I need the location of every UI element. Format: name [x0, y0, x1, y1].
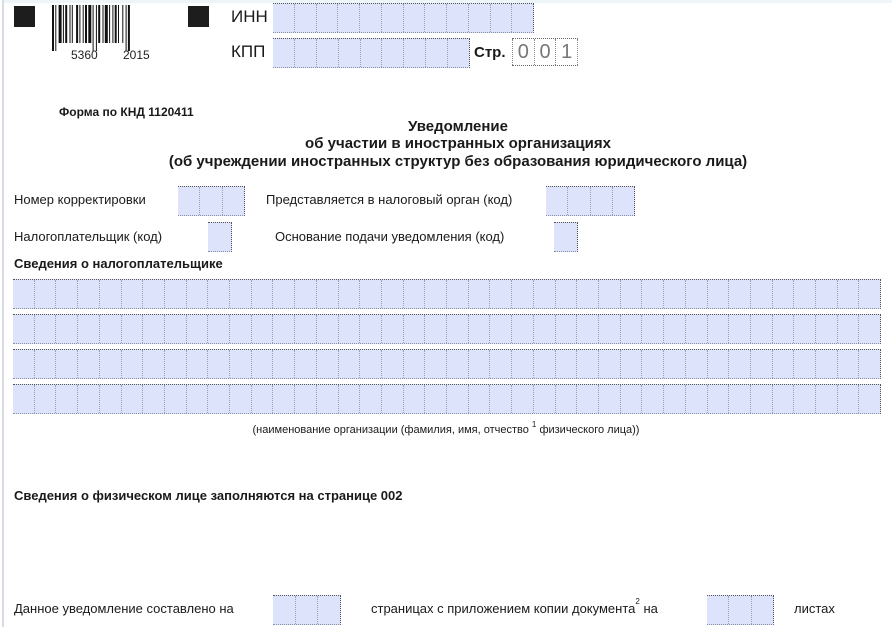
field-cell[interactable]: [359, 280, 381, 308]
field-cell[interactable]: [468, 315, 490, 343]
form-subtitle-note: (об учреждении иностранных структур без …: [0, 153, 892, 170]
field-cell[interactable]: [772, 315, 794, 343]
field-cell[interactable]: [858, 315, 880, 343]
field-cell[interactable]: [55, 350, 77, 378]
footer-text-pages: Данное уведомление составлено на: [14, 601, 234, 616]
field-cell[interactable]: [663, 280, 685, 308]
footer-text-attachment: страницах с приложением копии документа2…: [371, 601, 658, 616]
field-cell[interactable]: [77, 385, 99, 413]
page-number-field: 001: [512, 38, 578, 66]
field-cell[interactable]: [251, 350, 273, 378]
field-cell[interactable]: [251, 385, 273, 413]
field-cell[interactable]: [403, 280, 425, 308]
field-cell[interactable]: [316, 385, 338, 413]
field-cell[interactable]: [620, 280, 642, 308]
field-cell[interactable]: [546, 187, 567, 215]
field-cell[interactable]: [468, 4, 490, 32]
field-cell[interactable]: [815, 315, 837, 343]
taxpayer-code-label: Налогоплательщик (код): [14, 229, 162, 244]
field-cell[interactable]: [294, 4, 316, 32]
field-cell[interactable]: [750, 315, 772, 343]
field-cell[interactable]: [186, 315, 208, 343]
taxpayer-section-title: Сведения о налогоплательщике: [14, 256, 223, 271]
taxpayer-name-row[interactable]: [13, 349, 881, 379]
field-cell[interactable]: [121, 385, 143, 413]
field-cell[interactable]: [728, 280, 750, 308]
field-cell[interactable]: [728, 350, 750, 378]
caption-text-end: физического лица)): [539, 424, 639, 436]
field-cell[interactable]: [837, 350, 859, 378]
field-cell[interactable]: [446, 385, 468, 413]
alignment-marker-left: [14, 6, 35, 27]
field-cell[interactable]: [511, 4, 533, 32]
field-cell[interactable]: [34, 280, 56, 308]
field-cell[interactable]: [511, 385, 533, 413]
field-cell[interactable]: [229, 280, 251, 308]
field-cell[interactable]: [338, 39, 360, 67]
field-cell[interactable]: [34, 350, 56, 378]
tax-authority-label: Представляется в налоговый орган (код): [266, 192, 512, 207]
field-cell[interactable]: [164, 385, 186, 413]
page-digit: 0: [534, 39, 556, 65]
barcode-number-left: 5360: [71, 48, 98, 62]
field-cell[interactable]: [338, 280, 360, 308]
field-cell[interactable]: [447, 39, 469, 67]
field-cell[interactable]: [186, 385, 208, 413]
form-subtitle: об участии в иностранных организациях: [0, 135, 892, 152]
field-cell[interactable]: [598, 280, 620, 308]
basis-code-field[interactable]: [554, 222, 578, 252]
field-cell[interactable]: [772, 385, 794, 413]
footer-text-sheets: листах: [794, 601, 835, 616]
field-cell[interactable]: [142, 315, 164, 343]
field-cell[interactable]: [207, 350, 229, 378]
field-cell[interactable]: [750, 350, 772, 378]
taxpayer-name-row[interactable]: [13, 384, 881, 414]
field-cell[interactable]: [533, 315, 555, 343]
field-cell[interactable]: [424, 385, 446, 413]
field-cell[interactable]: [294, 39, 316, 67]
field-cell[interactable]: [229, 385, 251, 413]
field-cell[interactable]: [620, 315, 642, 343]
form-knd-code: Форма по КНД 1120411: [59, 105, 194, 119]
field-cell[interactable]: [273, 39, 294, 67]
field-cell[interactable]: [272, 280, 294, 308]
field-cell[interactable]: [612, 187, 634, 215]
field-cell[interactable]: [34, 385, 56, 413]
field-cell[interactable]: [403, 350, 425, 378]
field-cell[interactable]: [728, 596, 750, 624]
pages-count-field[interactable]: [273, 595, 341, 625]
field-cell[interactable]: [13, 315, 34, 343]
on-text: на: [643, 601, 657, 616]
field-cell[interactable]: [424, 350, 446, 378]
field-cell[interactable]: [815, 385, 837, 413]
field-cell[interactable]: [55, 385, 77, 413]
field-cell[interactable]: [381, 4, 403, 32]
field-cell[interactable]: [641, 280, 663, 308]
field-cell[interactable]: [294, 315, 316, 343]
field-cell[interactable]: [294, 385, 316, 413]
field-cell[interactable]: [590, 187, 612, 215]
field-cell[interactable]: [316, 315, 338, 343]
field-cell[interactable]: [837, 315, 859, 343]
correction-label: Номер корректировки: [14, 192, 146, 207]
field-cell[interactable]: [446, 4, 468, 32]
field-cell[interactable]: [55, 315, 77, 343]
field-cell[interactable]: [598, 315, 620, 343]
field-cell[interactable]: [620, 385, 642, 413]
field-cell[interactable]: [728, 385, 750, 413]
field-cell[interactable]: [207, 385, 229, 413]
inn-field[interactable]: [273, 3, 534, 33]
field-cell[interactable]: [598, 350, 620, 378]
field-cell[interactable]: [793, 280, 815, 308]
field-cell[interactable]: [142, 280, 164, 308]
field-cell[interactable]: [295, 596, 318, 624]
field-cell[interactable]: [316, 39, 338, 67]
field-cell[interactable]: [425, 39, 447, 67]
field-cell[interactable]: [468, 280, 490, 308]
field-cell[interactable]: [707, 315, 729, 343]
field-cell[interactable]: [554, 223, 577, 251]
field-cell[interactable]: [511, 350, 533, 378]
field-cell[interactable]: [13, 385, 34, 413]
field-cell[interactable]: [251, 315, 273, 343]
field-cell[interactable]: [533, 385, 555, 413]
field-cell[interactable]: [793, 385, 815, 413]
field-cell[interactable]: [489, 385, 511, 413]
field-cell[interactable]: [272, 315, 294, 343]
taxpayer-name-row[interactable]: [13, 279, 881, 309]
field-cell[interactable]: [317, 596, 340, 624]
field-cell[interactable]: [837, 280, 859, 308]
field-cell[interactable]: [685, 280, 707, 308]
field-cell[interactable]: [294, 350, 316, 378]
field-cell[interactable]: [641, 315, 663, 343]
field-cell[interactable]: [815, 280, 837, 308]
field-cell[interactable]: [360, 39, 382, 67]
attachment-text: страницах с приложением копии документа: [371, 601, 635, 616]
field-cell[interactable]: [207, 315, 229, 343]
field-cell[interactable]: [273, 596, 295, 624]
page-digit: 1: [555, 39, 578, 65]
field-cell[interactable]: [858, 280, 880, 308]
field-cell[interactable]: [707, 596, 728, 624]
field-cell[interactable]: [446, 350, 468, 378]
field-cell[interactable]: [772, 350, 794, 378]
field-cell[interactable]: [858, 385, 880, 413]
field-cell[interactable]: [99, 350, 121, 378]
field-cell[interactable]: [121, 315, 143, 343]
field-cell[interactable]: [272, 350, 294, 378]
field-cell[interactable]: [751, 596, 773, 624]
footnote-1-marker: 1: [532, 420, 536, 429]
footnote-2-marker: 2: [635, 597, 639, 606]
inn-label: ИНН: [231, 7, 268, 27]
field-cell[interactable]: [338, 385, 360, 413]
field-cell[interactable]: [142, 350, 164, 378]
field-cell[interactable]: [381, 280, 403, 308]
field-cell[interactable]: [750, 280, 772, 308]
form-title: Уведомление: [0, 118, 892, 135]
field-cell[interactable]: [381, 350, 403, 378]
field-cell[interactable]: [338, 315, 360, 343]
field-cell[interactable]: [294, 280, 316, 308]
field-cell[interactable]: [34, 315, 56, 343]
field-cell[interactable]: [164, 315, 186, 343]
field-cell[interactable]: [685, 350, 707, 378]
field-cell[interactable]: [576, 350, 598, 378]
field-cell[interactable]: [208, 223, 231, 251]
field-cell[interactable]: [641, 385, 663, 413]
field-cell[interactable]: [403, 39, 425, 67]
field-cell[interactable]: [207, 280, 229, 308]
tax-form-page: 5360 2015 ИНН КПП Стр. 001 Форма по КНД …: [0, 0, 892, 627]
tax-authority-code-field[interactable]: [546, 186, 635, 216]
field-cell[interactable]: [424, 315, 446, 343]
field-cell[interactable]: [707, 385, 729, 413]
field-cell[interactable]: [199, 187, 221, 215]
field-cell[interactable]: [837, 385, 859, 413]
correction-number-field[interactable]: [178, 186, 245, 216]
field-cell[interactable]: [13, 280, 34, 308]
field-cell[interactable]: [424, 4, 446, 32]
page-label: Стр.: [474, 44, 506, 61]
field-cell[interactable]: [576, 280, 598, 308]
field-cell[interactable]: [359, 4, 381, 32]
kpp-field[interactable]: [273, 38, 470, 68]
sheets-count-field[interactable]: [707, 595, 774, 625]
field-cell[interactable]: [99, 280, 121, 308]
field-cell[interactable]: [77, 315, 99, 343]
field-cell[interactable]: [381, 385, 403, 413]
field-cell[interactable]: [359, 350, 381, 378]
field-cell[interactable]: [337, 4, 359, 32]
field-cell[interactable]: [186, 280, 208, 308]
field-cell[interactable]: [403, 4, 425, 32]
field-cell[interactable]: [533, 280, 555, 308]
field-cell[interactable]: [359, 315, 381, 343]
field-cell[interactable]: [793, 350, 815, 378]
caption-text: (наименование организации (фамилия, имя,…: [253, 424, 529, 436]
field-cell[interactable]: [178, 187, 199, 215]
field-cell[interactable]: [446, 315, 468, 343]
field-cell[interactable]: [424, 280, 446, 308]
field-cell[interactable]: [511, 280, 533, 308]
field-cell[interactable]: [750, 385, 772, 413]
field-cell[interactable]: [121, 350, 143, 378]
field-cell[interactable]: [598, 385, 620, 413]
field-cell[interactable]: [273, 4, 294, 32]
field-cell[interactable]: [707, 280, 729, 308]
page-left-border: [2, 0, 4, 627]
field-cell[interactable]: [381, 39, 403, 67]
taxpayer-name-row[interactable]: [13, 314, 881, 344]
field-cell[interactable]: [229, 350, 251, 378]
kpp-label: КПП: [231, 42, 265, 62]
field-cell[interactable]: [772, 280, 794, 308]
taxpayer-name-caption: (наименование организации (фамилия, имя,…: [0, 424, 892, 436]
field-cell[interactable]: [403, 385, 425, 413]
field-cell[interactable]: [707, 350, 729, 378]
field-cell[interactable]: [99, 385, 121, 413]
field-cell[interactable]: [555, 315, 577, 343]
field-cell[interactable]: [858, 350, 880, 378]
field-cell[interactable]: [142, 385, 164, 413]
field-cell[interactable]: [728, 315, 750, 343]
field-cell[interactable]: [272, 385, 294, 413]
field-cell[interactable]: [316, 280, 338, 308]
field-cell[interactable]: [338, 350, 360, 378]
barcode-number-right: 2015: [123, 48, 150, 62]
field-cell[interactable]: [229, 315, 251, 343]
field-cell[interactable]: [567, 187, 589, 215]
field-cell[interactable]: [620, 350, 642, 378]
field-cell[interactable]: [576, 385, 598, 413]
field-cell[interactable]: [99, 315, 121, 343]
field-cell[interactable]: [164, 280, 186, 308]
field-cell[interactable]: [793, 315, 815, 343]
field-cell[interactable]: [121, 280, 143, 308]
field-cell[interactable]: [446, 280, 468, 308]
field-cell[interactable]: [490, 4, 512, 32]
individual-note: Сведения о физическом лице заполняются н…: [14, 488, 403, 503]
field-cell[interactable]: [468, 350, 490, 378]
field-cell[interactable]: [489, 280, 511, 308]
field-cell[interactable]: [13, 350, 34, 378]
field-cell[interactable]: [489, 315, 511, 343]
field-cell[interactable]: [403, 315, 425, 343]
field-cell[interactable]: [222, 187, 244, 215]
field-cell[interactable]: [77, 280, 99, 308]
alignment-marker-right: [188, 6, 209, 27]
page-digit: 0: [512, 39, 534, 65]
field-cell[interactable]: [55, 280, 77, 308]
field-cell[interactable]: [468, 385, 490, 413]
field-cell[interactable]: [555, 280, 577, 308]
field-cell[interactable]: [511, 315, 533, 343]
field-cell[interactable]: [316, 4, 338, 32]
field-cell[interactable]: [685, 315, 707, 343]
field-cell[interactable]: [663, 350, 685, 378]
field-cell[interactable]: [251, 280, 273, 308]
field-cell[interactable]: [316, 350, 338, 378]
field-cell[interactable]: [533, 350, 555, 378]
field-cell[interactable]: [164, 350, 186, 378]
field-cell[interactable]: [663, 385, 685, 413]
field-cell[interactable]: [576, 315, 598, 343]
barcode-icon: [52, 5, 164, 51]
basis-label: Основание подачи уведомления (код): [275, 229, 504, 244]
field-cell[interactable]: [489, 350, 511, 378]
field-cell[interactable]: [359, 385, 381, 413]
field-cell[interactable]: [641, 350, 663, 378]
field-cell[interactable]: [663, 315, 685, 343]
field-cell[interactable]: [381, 315, 403, 343]
field-cell[interactable]: [685, 385, 707, 413]
taxpayer-code-field[interactable]: [208, 222, 232, 252]
field-cell[interactable]: [815, 350, 837, 378]
field-cell[interactable]: [186, 350, 208, 378]
field-cell[interactable]: [555, 385, 577, 413]
field-cell[interactable]: [77, 350, 99, 378]
field-cell[interactable]: [555, 350, 577, 378]
